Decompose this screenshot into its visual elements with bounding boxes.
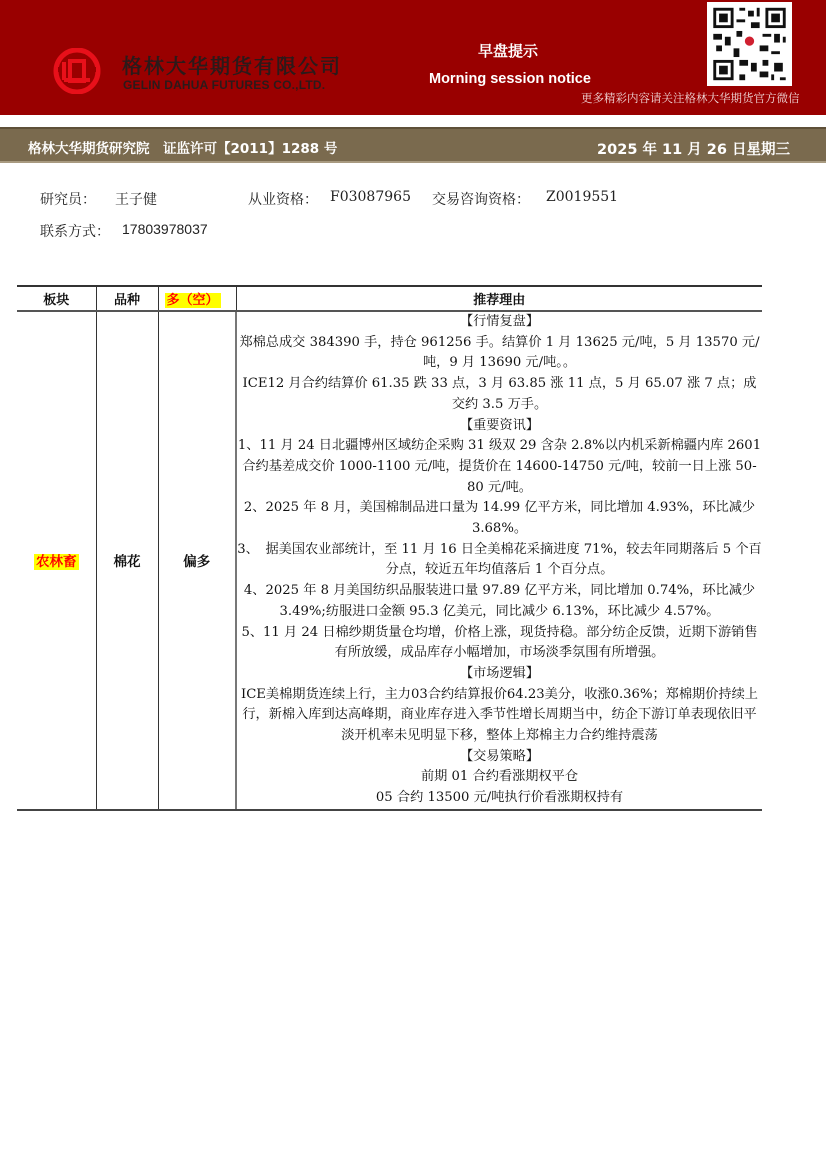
cell-sector: 农林畜 [17,311,96,810]
reason-paragraph: 4、2025 年 8 月美国纺织品服装进口量 97.89 亿平方米，同比增加 0… [237,581,762,622]
header-sector: 板块 [17,286,96,311]
report-date: 2025 年 11 月 26 日星期三 [597,138,790,159]
cell-reason: 【行情复盘】 郑棉总成交 384390 手，持仓 961256 手。结算价 1 … [236,311,762,810]
consult-label: 交易咨询资格： [432,189,530,209]
info-band: 格林大华期货研究院 证监许可【2011】1288 号 2025 年 11 月 2… [0,127,826,163]
header-banner: 格林大华期货有限公司 GELIN DAHUA FUTURES CO.,LTD. … [0,0,826,115]
reason-paragraph: 5、11 月 24 日棉纱期货量仓均增，价格上涨，现货持稳。部分纺企反馈，近期下… [237,623,762,664]
cell-variety: 棉花 [96,311,158,810]
header-variety: 品种 [96,286,158,311]
consult-id: Z0019551 [546,189,618,205]
table-header-row: 板块 品种 多（空） 推荐理由 [17,286,762,311]
reason-paragraph: 1、11 月 24 日北疆博州区域纺企采购 31 级双 29 含杂 2.8%以内… [237,436,762,498]
cell-direction: 偏多 [158,311,236,810]
recommendation-table: 板块 品种 多（空） 推荐理由 农林畜 棉花 偏多 【行情复盘】 郑棉总成交 3… [17,285,762,811]
section-trading-strategy: 【交易策略】 [237,747,762,768]
reason-paragraph: 前期 01 合约看涨期权平仓 [237,767,762,788]
institute-license: 格林大华期货研究院 证监许可【2011】1288 号 [28,137,337,157]
header-direction: 多（空） [158,286,236,311]
direction-header-highlight: 多（空） [165,293,221,308]
qr-code-icon [707,2,792,86]
reason-paragraph: 3、 据美国农业部统计，至 11 月 16 日全美棉花采摘进度 71%，较去年同… [237,540,762,581]
company-logo-icon [50,48,104,94]
researcher-label: 研究员： [40,189,96,209]
company-name-en: GELIN DAHUA FUTURES CO.,LTD. [123,78,325,92]
notice-title-cn: 早盘提示 [478,40,538,61]
section-key-news: 【重要资讯】 [237,416,762,437]
section-market-logic: 【市场逻辑】 [237,664,762,685]
notice-title-en: Morning session notice [429,71,591,87]
company-name-cn: 格林大华期货有限公司 [122,50,342,79]
reason-paragraph: ICE美棉期货连续上行，主力03合约结算报价64.23美分，收涨0.36%；郑棉… [237,685,762,747]
contact-label: 联系方式： [40,221,110,241]
qualification-id: F03087965 [330,189,411,205]
table-row: 农林畜 棉花 偏多 【行情复盘】 郑棉总成交 384390 手，持仓 96125… [17,311,762,810]
reason-paragraph: 2、2025 年 8 月，美国棉制品进口量为 14.99 亿平方米，同比增加 4… [237,498,762,539]
researcher-name: 王子健 [115,189,157,209]
reason-paragraph: 05 合约 13500 元/吨执行价看涨期权持有 [237,788,762,809]
reason-paragraph: ICE12 月合约结算价 61.35 跌 33 点，3 月 63.85 涨 11… [237,374,762,415]
reason-paragraph: 郑棉总成交 384390 手，持仓 961256 手。结算价 1 月 13625… [237,333,762,374]
qr-caption: 更多精彩内容请关注格林大华期货官方微信 [581,90,800,106]
qualification-label: 从业资格： [248,189,318,209]
contact-phone: 17803978037 [122,221,208,237]
header-reason: 推荐理由 [236,286,762,311]
sector-highlight: 农林畜 [34,554,79,570]
section-market-review: 【行情复盘】 [237,312,762,333]
